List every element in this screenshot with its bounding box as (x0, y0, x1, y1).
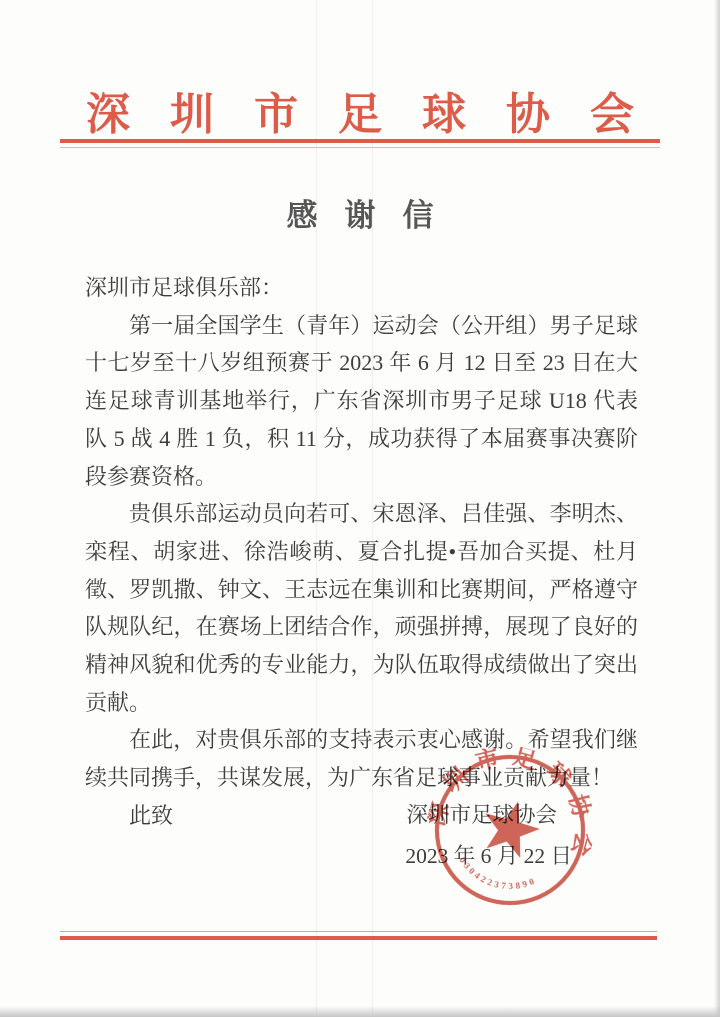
seal-star-icon (476, 793, 545, 861)
paragraph: 贵俱乐部运动员向若可、宋恩泽、吕佳强、李明杰、栾程、胡家进、徐浩峻萌、夏合扎提•… (85, 495, 638, 721)
footer-divider (60, 931, 657, 940)
scanned-letter-page: 深圳市足球协会 感谢信 深圳市足球俱乐部： 第一届全国学生（青年）运动会（公开组… (0, 0, 720, 1017)
seal-serial-number: 030422373890 (453, 854, 541, 901)
letter-title: 感谢信 (0, 190, 720, 235)
scan-edge-shadow-right (714, 0, 720, 1017)
paragraph: 第一届全国学生（青年）运动会（公开组）男子足球十七岁至十八岁组预赛于 2023 … (85, 307, 638, 496)
salutation: 深圳市足球俱乐部： (85, 269, 638, 307)
letter-body: 深圳市足球俱乐部： 第一届全国学生（青年）运动会（公开组）男子足球十七岁至十八岁… (85, 269, 638, 835)
scan-edge-shadow-bottom (0, 1007, 720, 1017)
letterhead-org-name: 深圳市足球协会 (0, 78, 720, 142)
letterhead-divider (60, 139, 660, 148)
